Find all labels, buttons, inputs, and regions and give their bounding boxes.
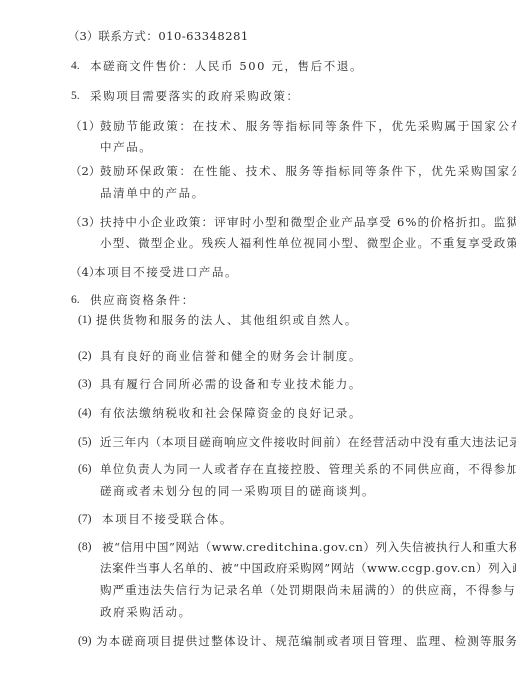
condition-9-marker: (9)	[78, 634, 91, 648]
condition-4-line-1: 有依法缴纳税收和社会保障资金的良好记录。	[100, 406, 362, 420]
condition-4-marker: (4)	[78, 406, 91, 420]
condition-7-marker: (7)	[78, 512, 91, 526]
condition-6-line-1: 单位负责人为同一人或者存在直接控股、管理关系的不同供应商，不得参加同一包的	[100, 462, 516, 476]
condition-5-marker: (5)	[78, 435, 91, 449]
condition-3-marker: (3)	[78, 377, 91, 391]
condition-5-line-1: 近三年内（本项目磋商响应文件接收时间前）在经营活动中没有重大违法记录。	[100, 435, 516, 449]
condition-3-line-1: 具有履行合同所必需的设备和专业技术能力。	[100, 377, 362, 391]
condition-8-line-1: 被“信用中国”网站（www.creditchina.gov.cn）列入失信被执行…	[102, 540, 516, 554]
contact-marker: （3）	[68, 29, 98, 43]
policy-3-line-2: 小型、微型企业。残疾人福利性单位视同小型、微型企业。不重复享受政策。	[100, 236, 516, 250]
item5-marker: 5.	[71, 89, 80, 103]
policy-1-line-1: 鼓励节能政策：在技术、服务等指标同等条件下，优先采购属于国家公布的节能清单	[100, 119, 516, 133]
policy-2-line-2: 品清单中的产品。	[100, 186, 205, 200]
condition-6-marker: (6)	[78, 462, 91, 476]
item5-text: 采购项目需要落实的政府采购政策：	[90, 89, 300, 103]
condition-2-marker: (2)	[78, 349, 91, 363]
condition-9-line-1: 为本磋商项目提供过整体设计、规范编制或者项目管理、监理、检测等服务的供应商	[96, 634, 516, 648]
condition-1-marker: (1)	[78, 313, 91, 327]
condition-8-line-3: 购严重违法失信行为记录名单（处罚期限尚未届满的）的供应商，不得参与本项目的	[100, 583, 516, 597]
condition-6-line-2: 磋商或者未划分包的同一采购项目的磋商谈判。	[100, 484, 375, 498]
condition-2-line-1: 具有良好的商业信誉和健全的财务会计制度。	[100, 349, 362, 363]
policy-3-marker: （3）	[70, 215, 100, 229]
condition-1-line-1: 提供货物和服务的法人、其他组织或自然人。	[96, 313, 358, 327]
policy-2-line-1: 鼓励环保政策：在性能、技术、服务等指标同等条件下，优先采购国家公布的环保产	[100, 164, 516, 178]
item4-marker: 4.	[71, 59, 80, 73]
item4-text: 本磋商文件售价：人民币 500 元，售后不退。	[90, 59, 363, 73]
item6-text: 供应商资格条件：	[90, 293, 195, 307]
contact-text: 联系方式：010-63348281	[98, 29, 248, 43]
condition-8-line-4: 政府采购活动。	[100, 605, 192, 619]
policy-1-marker: （1）	[70, 119, 100, 133]
policy-1-line-2: 中产品。	[100, 140, 152, 154]
condition-7-line-1: 本项目不接受联合体。	[102, 512, 233, 526]
contact-line: （3）联系方式：010-63348281	[68, 29, 249, 43]
policy-4-line-1: 本项目不接受进口产品。	[94, 265, 238, 279]
policy-2-marker: （2）	[70, 164, 100, 178]
policy-3-line-1: 扶持中小企业政策：评审时小型和微型企业产品享受 6%的价格折扣。监狱企业视同	[100, 215, 516, 229]
condition-8-line-2: 法案件当事人名单的、被“中国政府采购网”网站（www.ccgp.gov.cn）列…	[100, 561, 516, 575]
item6-marker: 6.	[71, 293, 80, 307]
condition-8-marker: (8)	[78, 540, 91, 554]
